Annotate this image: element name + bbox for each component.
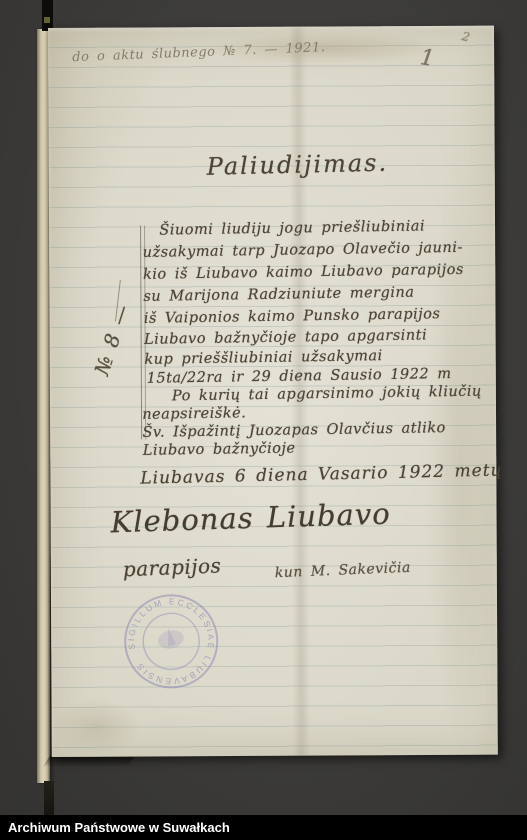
church-seal-stamp: SIGILLUM ECCLESIAE LIUBAVENSIS	[107, 577, 236, 706]
body-line: Liubavo bažnyčioje tapo apgarsinti	[144, 325, 427, 349]
binding-ribbon-bottom	[44, 781, 54, 817]
ribbon-notch	[44, 17, 50, 23]
body-line: kio iš Liubavo kaimo Liubavo parapijos	[143, 260, 464, 285]
body-line: užsakymai tarp Juozapo Olavečio jauni-	[143, 238, 463, 263]
body-line: Šiuomi liudiju jogu priešliubiniai	[159, 216, 425, 240]
archive-photo-stage: do o aktu ślubnego № 7. — 1921. 2 1 Pali…	[0, 0, 527, 840]
document-page: do o aktu ślubnego № 7. — 1921. 2 1 Pali…	[48, 26, 498, 757]
body-line: Liubavo bažnyčioje	[143, 438, 296, 460]
document-body: Šiuomi liudiju jogu priešliubiniai užsak…	[44, 23, 501, 759]
archive-name-label: Archiwum Państwowe w Suwałkach	[8, 820, 230, 835]
body-line: su Marijona Radziuniute mergina	[143, 283, 414, 307]
binding-ribbon-top	[42, 0, 53, 31]
archive-caption-bar: Archiwum Państwowe w Suwałkach	[0, 815, 527, 840]
